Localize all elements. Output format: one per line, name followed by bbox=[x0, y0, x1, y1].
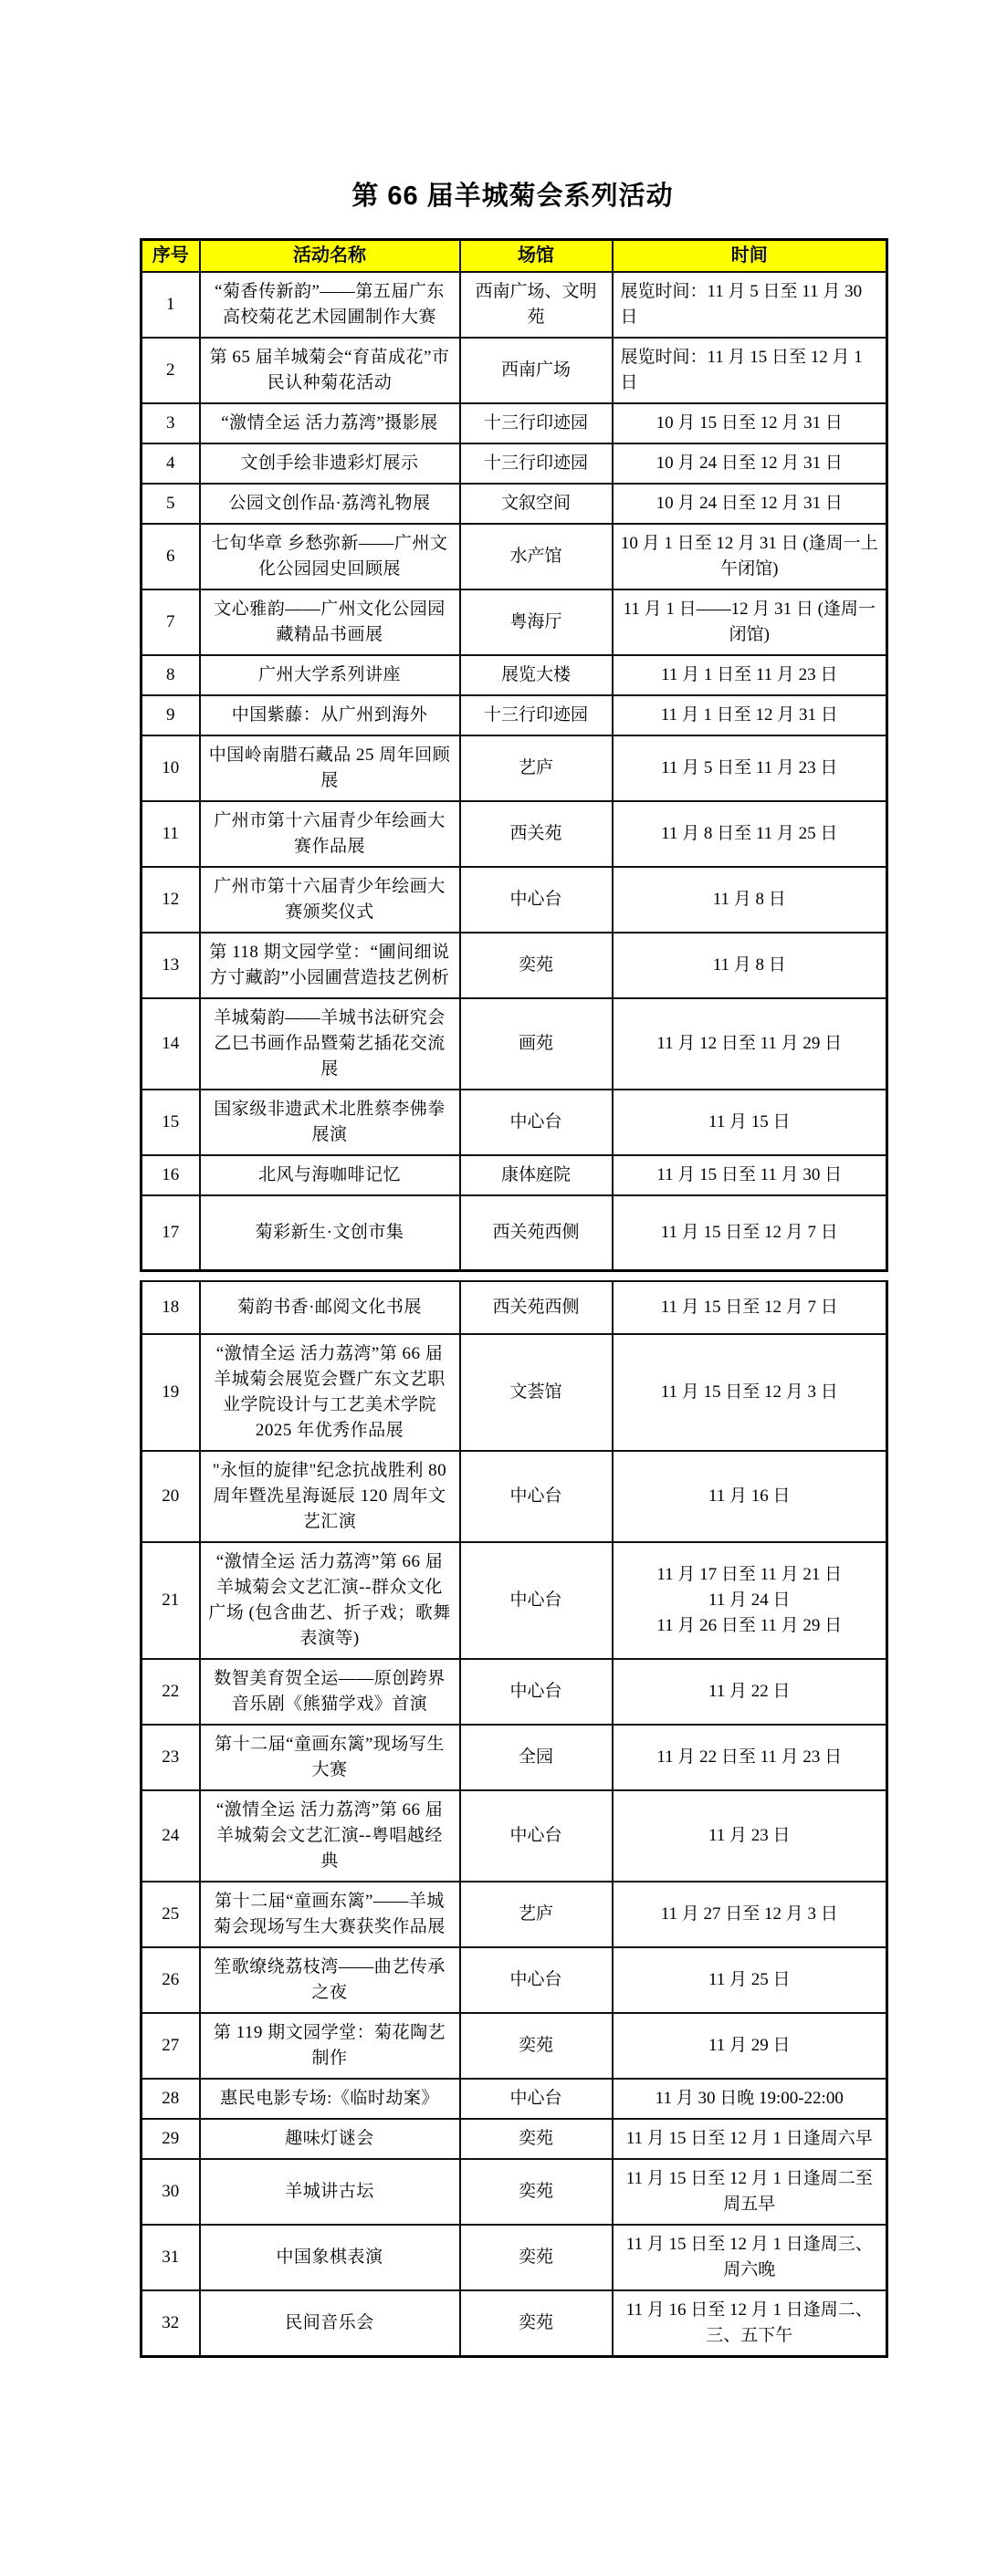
table-row: 16 北风与海咖啡记忆 康体庭院 11 月 15 日至 11 月 30 日 bbox=[142, 1155, 887, 1195]
cell-activity-name: "永恒的旋律"纪念抗战胜利 80 周年暨冼星海诞辰 120 周年文艺汇演 bbox=[200, 1451, 460, 1542]
cell-time: 11 月 27 日至 12 月 3 日 bbox=[613, 1882, 887, 1947]
column-header-venue: 场馆 bbox=[460, 240, 613, 273]
table-row: 26 笙歌缭绕荔枝湾——曲艺传承之夜 中心台 11 月 25 日 bbox=[142, 1947, 887, 2013]
table-row: 8 广州大学系列讲座 展览大楼 11 月 1 日至 11 月 23 日 bbox=[142, 655, 887, 695]
cell-venue: 西关苑 bbox=[460, 801, 613, 867]
cell-venue: 奕苑 bbox=[460, 2119, 613, 2159]
cell-序号-value: 29 bbox=[142, 2119, 200, 2159]
cell-time: 11 月 25 日 bbox=[613, 1947, 887, 2013]
table-row: 17 菊彩新生·文创市集 西关苑西侧 11 月 15 日至 12 月 7 日 bbox=[142, 1195, 887, 1271]
column-header-name: 活动名称 bbox=[200, 240, 460, 273]
cell-序号-value: 25 bbox=[142, 1882, 200, 1947]
cell-time: 11 月 15 日至 12 月 7 日 bbox=[613, 1195, 887, 1271]
cell-序号-value: 22 bbox=[142, 1659, 200, 1725]
cell-venue: 中心台 bbox=[460, 1451, 613, 1542]
cell-activity-name: 羊城讲古坛 bbox=[200, 2159, 460, 2225]
cell-序号-value: 26 bbox=[142, 1947, 200, 2013]
cell-序号-value: 30 bbox=[142, 2159, 200, 2225]
table-row: 28 惠民电影专场:《临时劫案》 中心台 11 月 30 日晚 19:00-22… bbox=[142, 2079, 887, 2119]
table-row: 14 羊城菊韵——羊城书法研究会乙巳书画作品暨菊艺插花交流展 画苑 11 月 1… bbox=[142, 998, 887, 1090]
cell-序号-value: 3 bbox=[142, 403, 200, 443]
cell-序号-value: 6 bbox=[142, 524, 200, 589]
table-row: 13 第 118 期文园学堂：“圃间细说 方寸藏韵”小园圃营造技艺例析 奕苑 1… bbox=[142, 933, 887, 998]
cell-序号-value: 14 bbox=[142, 998, 200, 1090]
table-row: 5 公园文创作品·荔湾礼物展 文叙空间 10 月 24 日至 12 月 31 日 bbox=[142, 484, 887, 524]
cell-序号-value: 23 bbox=[142, 1725, 200, 1790]
cell-time: 11 月 8 日 bbox=[613, 867, 887, 933]
cell-序号-value: 20 bbox=[142, 1451, 200, 1542]
cell-序号-value: 16 bbox=[142, 1155, 200, 1195]
cell-venue: 全园 bbox=[460, 1725, 613, 1790]
cell-activity-name: 中国象棋表演 bbox=[200, 2225, 460, 2290]
cell-venue: 奕苑 bbox=[460, 2159, 613, 2225]
table-row: 27 第 119 期文园学堂：菊花陶艺制作 奕苑 11 月 29 日 bbox=[142, 2013, 887, 2079]
cell-序号-value: 15 bbox=[142, 1090, 200, 1155]
cell-venue: 西关苑西侧 bbox=[460, 1281, 613, 1334]
cell-venue: 粤海厅 bbox=[460, 589, 613, 655]
table-row: 7 文心雅韵——广州文化公园园藏精品书画展 粤海厅 11 月 1 日——12 月… bbox=[142, 589, 887, 655]
cell-venue: 画苑 bbox=[460, 998, 613, 1090]
cell-time: 11 月 15 日至 12 月 7 日 bbox=[613, 1281, 887, 1334]
table-row: 2 第 65 届羊城菊会“育苗成花”市民认种菊花活动 西南广场 展览时间：11 … bbox=[142, 338, 887, 403]
table-row: 23 第十二届“童画东篱”现场写生大赛 全园 11 月 22 日至 11 月 2… bbox=[142, 1725, 887, 1790]
cell-venue: 艺庐 bbox=[460, 1882, 613, 1947]
cell-activity-name: “激情全运 活力荔湾”第 66 届羊城菊会文艺汇演--群众文化广场 (包含曲艺、… bbox=[200, 1542, 460, 1659]
cell-venue: 中心台 bbox=[460, 1947, 613, 2013]
cell-activity-name: “菊香传新韵”——第五届广东高校菊花艺术园圃制作大赛 bbox=[200, 272, 460, 338]
cell-activity-name: 第 118 期文园学堂：“圃间细说 方寸藏韵”小园圃营造技艺例析 bbox=[200, 933, 460, 998]
table-row: 32 民间音乐会 奕苑 11 月 16 日至 12 月 1 日逢周二、三、五下午 bbox=[142, 2290, 887, 2357]
cell-序号-value: 9 bbox=[142, 695, 200, 735]
cell-venue: 中心台 bbox=[460, 1542, 613, 1659]
cell-activity-name: 惠民电影专场:《临时劫案》 bbox=[200, 2079, 460, 2119]
table-row: 22 数智美育贺全运——原创跨界音乐剧《熊猫学戏》首演 中心台 11 月 22 … bbox=[142, 1659, 887, 1725]
cell-activity-name: 中国岭南腊石藏品 25 周年回顾展 bbox=[200, 735, 460, 801]
cell-venue: 中心台 bbox=[460, 1790, 613, 1882]
cell-time: 10 月 15 日至 12 月 31 日 bbox=[613, 403, 887, 443]
cell-time: 11 月 5 日至 11 月 23 日 bbox=[613, 735, 887, 801]
cell-time: 11 月 29 日 bbox=[613, 2013, 887, 2079]
activities-table-part-2: 18 菊韵书香·邮阅文化书展 西关苑西侧 11 月 15 日至 12 月 7 日… bbox=[140, 1280, 888, 2358]
cell-序号-value: 21 bbox=[142, 1542, 200, 1659]
table-header: 序号 活动名称 场馆 时间 bbox=[142, 240, 887, 273]
cell-venue: 文叙空间 bbox=[460, 484, 613, 524]
cell-activity-name: 中国紫藤：从广州到海外 bbox=[200, 695, 460, 735]
cell-activity-name: 羊城菊韵——羊城书法研究会乙巳书画作品暨菊艺插花交流展 bbox=[200, 998, 460, 1090]
cell-activity-name: 公园文创作品·荔湾礼物展 bbox=[200, 484, 460, 524]
cell-序号-value: 2 bbox=[142, 338, 200, 403]
cell-time: 11 月 15 日至 12 月 1 日逢周六早 bbox=[613, 2119, 887, 2159]
cell-time: 11 月 22 日至 11 月 23 日 bbox=[613, 1725, 887, 1790]
cell-activity-name: 趣味灯谜会 bbox=[200, 2119, 460, 2159]
cell-time: 11 月 15 日至 12 月 1 日逢周二至周五早 bbox=[613, 2159, 887, 2225]
cell-venue: 西南广场、文明苑 bbox=[460, 272, 613, 338]
cell-venue: 中心台 bbox=[460, 1090, 613, 1155]
table-row: 21 “激情全运 活力荔湾”第 66 届羊城菊会文艺汇演--群众文化广场 (包含… bbox=[142, 1542, 887, 1659]
cell-time: 11 月 15 日至 12 月 3 日 bbox=[613, 1334, 887, 1451]
cell-activity-name: 菊韵书香·邮阅文化书展 bbox=[200, 1281, 460, 1334]
cell-time: 11 月 15 日至 11 月 30 日 bbox=[613, 1155, 887, 1195]
table-row: 11 广州市第十六届青少年绘画大赛作品展 西关苑 11 月 8 日至 11 月 … bbox=[142, 801, 887, 867]
cell-activity-name: 笙歌缭绕荔枝湾——曲艺传承之夜 bbox=[200, 1947, 460, 2013]
cell-序号-value: 5 bbox=[142, 484, 200, 524]
cell-序号-value: 10 bbox=[142, 735, 200, 801]
cell-time: 11 月 22 日 bbox=[613, 1659, 887, 1725]
cell-activity-name: 广州大学系列讲座 bbox=[200, 655, 460, 695]
cell-time: 11 月 15 日至 12 月 1 日逢周三、周六晚 bbox=[613, 2225, 887, 2290]
table-row: 30 羊城讲古坛 奕苑 11 月 15 日至 12 月 1 日逢周二至周五早 bbox=[142, 2159, 887, 2225]
cell-venue: 十三行印迹园 bbox=[460, 443, 613, 484]
cell-序号-value: 4 bbox=[142, 443, 200, 484]
document-page: 第 66 届羊城菊会系列活动 序号 活动名称 场馆 时间 1 “菊香传新韵”——… bbox=[140, 0, 886, 2358]
cell-time: 11 月 17 日至 11 月 21 日 11 月 24 日 11 月 26 日… bbox=[613, 1542, 887, 1659]
cell-time: 11 月 16 日至 12 月 1 日逢周二、三、五下午 bbox=[613, 2290, 887, 2357]
cell-venue: 水产馆 bbox=[460, 524, 613, 589]
cell-time: 11 月 23 日 bbox=[613, 1790, 887, 1882]
cell-time: 11 月 8 日至 11 月 25 日 bbox=[613, 801, 887, 867]
cell-activity-name: 数智美育贺全运——原创跨界音乐剧《熊猫学戏》首演 bbox=[200, 1659, 460, 1725]
cell-序号-value: 13 bbox=[142, 933, 200, 998]
table-row: 31 中国象棋表演 奕苑 11 月 15 日至 12 月 1 日逢周三、周六晚 bbox=[142, 2225, 887, 2290]
table-body-part-1: 1 “菊香传新韵”——第五届广东高校菊花艺术园圃制作大赛 西南广场、文明苑 展览… bbox=[142, 272, 887, 1271]
column-header-no: 序号 bbox=[142, 240, 200, 273]
cell-venue: 奕苑 bbox=[460, 933, 613, 998]
cell-序号-value: 18 bbox=[142, 1281, 200, 1334]
cell-venue: 奕苑 bbox=[460, 2013, 613, 2079]
page-title: 第 66 届羊城菊会系列活动 bbox=[140, 175, 886, 213]
table-row: 12 广州市第十六届青少年绘画大赛颁奖仪式 中心台 11 月 8 日 bbox=[142, 867, 887, 933]
cell-venue: 中心台 bbox=[460, 2079, 613, 2119]
table-row: 25 第十二届“童画东篱”——羊城菊会现场写生大赛获奖作品展 艺庐 11 月 2… bbox=[142, 1882, 887, 1947]
cell-序号-value: 7 bbox=[142, 589, 200, 655]
cell-activity-name: 民间音乐会 bbox=[200, 2290, 460, 2357]
cell-activity-name: 第十二届“童画东篱”——羊城菊会现场写生大赛获奖作品展 bbox=[200, 1882, 460, 1947]
cell-time: 11 月 30 日晚 19:00-22:00 bbox=[613, 2079, 887, 2119]
cell-time: 展览时间：11 月 5 日至 11 月 30 日 bbox=[613, 272, 887, 338]
cell-time: 10 月 24 日至 12 月 31 日 bbox=[613, 443, 887, 484]
cell-venue: 西南广场 bbox=[460, 338, 613, 403]
table-row: 3 “激情全运 活力荔湾”摄影展 十三行印迹园 10 月 15 日至 12 月 … bbox=[142, 403, 887, 443]
cell-activity-name: 广州市第十六届青少年绘画大赛颁奖仪式 bbox=[200, 867, 460, 933]
cell-time: 11 月 1 日——12 月 31 日 (逢周一闭馆) bbox=[613, 589, 887, 655]
cell-activity-name: 第 65 届羊城菊会“育苗成花”市民认种菊花活动 bbox=[200, 338, 460, 403]
cell-activity-name: 第 119 期文园学堂：菊花陶艺制作 bbox=[200, 2013, 460, 2079]
cell-venue: 康体庭院 bbox=[460, 1155, 613, 1195]
table-row: 9 中国紫藤：从广州到海外 十三行印迹园 11 月 1 日至 12 月 31 日 bbox=[142, 695, 887, 735]
cell-activity-name: 七旬华章 乡愁弥新——广州文化公园园史回顾展 bbox=[200, 524, 460, 589]
cell-venue: 奕苑 bbox=[460, 2290, 613, 2357]
table-row: 20 "永恒的旋律"纪念抗战胜利 80 周年暨冼星海诞辰 120 周年文艺汇演 … bbox=[142, 1451, 887, 1542]
cell-序号-value: 1 bbox=[142, 272, 200, 338]
cell-activity-name: 国家级非遗武术北胜蔡李佛拳展演 bbox=[200, 1090, 460, 1155]
table-row: 15 国家级非遗武术北胜蔡李佛拳展演 中心台 11 月 15 日 bbox=[142, 1090, 887, 1155]
table-row: 24 “激情全运 活力荔湾”第 66 届羊城菊会文艺汇演--粤唱越经典 中心台 … bbox=[142, 1790, 887, 1882]
table-row: 19 “激情全运 活力荔湾”第 66 届羊城菊会展览会暨广东文艺职业学院设计与工… bbox=[142, 1334, 887, 1451]
table-row: 29 趣味灯谜会 奕苑 11 月 15 日至 12 月 1 日逢周六早 bbox=[142, 2119, 887, 2159]
cell-time: 11 月 1 日至 12 月 31 日 bbox=[613, 695, 887, 735]
cell-time: 11 月 1 日至 11 月 23 日 bbox=[613, 655, 887, 695]
column-header-time: 时间 bbox=[613, 240, 887, 273]
cell-venue: 展览大楼 bbox=[460, 655, 613, 695]
cell-序号-value: 31 bbox=[142, 2225, 200, 2290]
cell-venue: 十三行印迹园 bbox=[460, 695, 613, 735]
table-row: 4 文创手绘非遗彩灯展示 十三行印迹园 10 月 24 日至 12 月 31 日 bbox=[142, 443, 887, 484]
cell-序号-value: 8 bbox=[142, 655, 200, 695]
cell-activity-name: 文心雅韵——广州文化公园园藏精品书画展 bbox=[200, 589, 460, 655]
table-row: 6 七旬华章 乡愁弥新——广州文化公园园史回顾展 水产馆 10 月 1 日至 1… bbox=[142, 524, 887, 589]
cell-activity-name: 菊彩新生·文创市集 bbox=[200, 1195, 460, 1271]
cell-venue: 西关苑西侧 bbox=[460, 1195, 613, 1271]
table-row: 1 “菊香传新韵”——第五届广东高校菊花艺术园圃制作大赛 西南广场、文明苑 展览… bbox=[142, 272, 887, 338]
cell-activity-name: 文创手绘非遗彩灯展示 bbox=[200, 443, 460, 484]
cell-time: 11 月 8 日 bbox=[613, 933, 887, 998]
cell-activity-name: 北风与海咖啡记忆 bbox=[200, 1155, 460, 1195]
cell-序号-value: 24 bbox=[142, 1790, 200, 1882]
activities-table-part-1: 序号 活动名称 场馆 时间 1 “菊香传新韵”——第五届广东高校菊花艺术园圃制作… bbox=[140, 238, 888, 1272]
cell-time: 10 月 1 日至 12 月 31 日 (逢周一上午闭馆) bbox=[613, 524, 887, 589]
table-body-part-2: 18 菊韵书香·邮阅文化书展 西关苑西侧 11 月 15 日至 12 月 7 日… bbox=[142, 1281, 887, 2357]
cell-序号-value: 28 bbox=[142, 2079, 200, 2119]
cell-activity-name: “激情全运 活力荔湾”第 66 届羊城菊会展览会暨广东文艺职业学院设计与工艺美术… bbox=[200, 1334, 460, 1451]
cell-venue: 艺庐 bbox=[460, 735, 613, 801]
cell-序号-value: 32 bbox=[142, 2290, 200, 2357]
header-row: 序号 活动名称 场馆 时间 bbox=[142, 240, 887, 273]
cell-activity-name: 第十二届“童画东篱”现场写生大赛 bbox=[200, 1725, 460, 1790]
cell-序号-value: 17 bbox=[142, 1195, 200, 1271]
table-row: 10 中国岭南腊石藏品 25 周年回顾展 艺庐 11 月 5 日至 11 月 2… bbox=[142, 735, 887, 801]
cell-序号-value: 11 bbox=[142, 801, 200, 867]
cell-activity-name: 广州市第十六届青少年绘画大赛作品展 bbox=[200, 801, 460, 867]
cell-序号-value: 19 bbox=[142, 1334, 200, 1451]
cell-venue: 中心台 bbox=[460, 1659, 613, 1725]
cell-序号-value: 12 bbox=[142, 867, 200, 933]
cell-venue: 中心台 bbox=[460, 867, 613, 933]
cell-time: 展览时间：11 月 15 日至 12 月 1 日 bbox=[613, 338, 887, 403]
cell-序号-value: 27 bbox=[142, 2013, 200, 2079]
cell-time: 11 月 16 日 bbox=[613, 1451, 887, 1542]
cell-time: 10 月 24 日至 12 月 31 日 bbox=[613, 484, 887, 524]
cell-activity-name: “激情全运 活力荔湾”第 66 届羊城菊会文艺汇演--粤唱越经典 bbox=[200, 1790, 460, 1882]
table-row: 18 菊韵书香·邮阅文化书展 西关苑西侧 11 月 15 日至 12 月 7 日 bbox=[142, 1281, 887, 1334]
cell-activity-name: “激情全运 活力荔湾”摄影展 bbox=[200, 403, 460, 443]
cell-venue: 十三行印迹园 bbox=[460, 403, 613, 443]
cell-venue: 文荟馆 bbox=[460, 1334, 613, 1451]
cell-time: 11 月 15 日 bbox=[613, 1090, 887, 1155]
cell-time: 11 月 12 日至 11 月 29 日 bbox=[613, 998, 887, 1090]
cell-venue: 奕苑 bbox=[460, 2225, 613, 2290]
